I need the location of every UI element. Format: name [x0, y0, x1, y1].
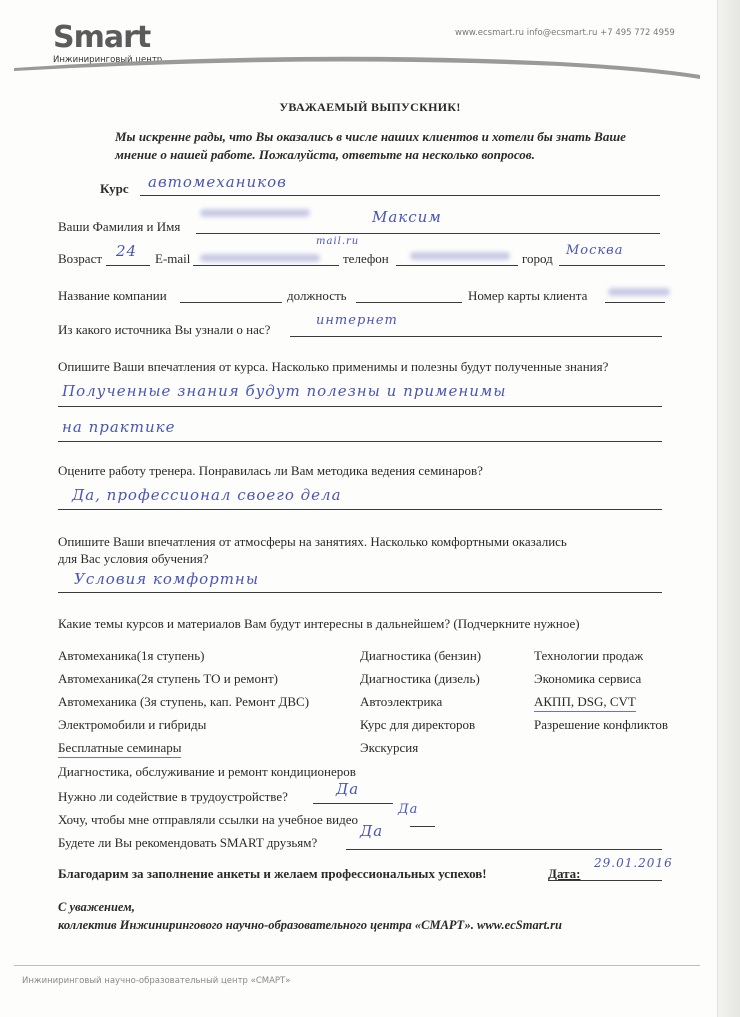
atmosphere-question-line-1: Опишите Ваши впечатления от атмосферы на… [58, 534, 567, 550]
topic-service-economics[interactable]: Экономика сервиса [534, 671, 641, 687]
phone-label: телефон [343, 251, 389, 267]
redacted-surname [200, 209, 310, 217]
topic-excursion[interactable]: Экскурсия [360, 740, 418, 756]
redacted-phone[interactable] [410, 252, 510, 260]
topic-directors-course[interactable]: Курс для директоров [360, 717, 475, 733]
atmosphere-answer[interactable]: Условия комфортны [74, 570, 259, 588]
topics-prompt: Какие темы курсов и материалов Вам будут… [58, 616, 580, 632]
course-impressions-line-2 [58, 441, 662, 442]
age-field[interactable]: 24 [116, 242, 137, 260]
name-line [196, 233, 660, 234]
company-field[interactable] [180, 302, 282, 303]
topic-transmissions-selected[interactable]: АКПП, DSG, CVT [534, 694, 636, 712]
city-line [559, 265, 665, 266]
employment-answer[interactable]: Да [336, 780, 359, 798]
email-label: E-mail [155, 251, 190, 267]
position-field[interactable] [356, 302, 462, 303]
email-field[interactable]: mail.ru [316, 236, 359, 247]
trainer-question: Оцените работу тренера. Понравилась ли В… [58, 463, 483, 479]
card-label: Номер карты клиента [468, 288, 587, 304]
topic-auto-3[interactable]: Автомеханика (3я ступень, кап. Ремонт ДВ… [58, 694, 309, 710]
topic-electric-hybrid[interactable]: Электромобили и гибриды [58, 717, 206, 733]
logo: Smart [53, 20, 150, 55]
topic-conflict-resolution[interactable]: Разрешение конфликтов [534, 717, 668, 733]
source-line [290, 336, 662, 337]
topic-air-conditioning[interactable]: Диагностика, обслуживание и ремонт конди… [58, 764, 356, 780]
date-line [548, 880, 662, 881]
company-label: Название компании [58, 288, 167, 304]
course-field[interactable]: автомехаников [148, 173, 287, 191]
employment-question: Нужно ли содействие в трудоустройстве? [58, 789, 288, 805]
intro-text: Мы искренне рады, что Вы оказались в чис… [115, 128, 655, 164]
topic-diag-petrol[interactable]: Диагностика (бензин) [360, 648, 481, 664]
closing-line-2: коллектив Инжинирингового научно-образов… [58, 916, 562, 934]
topic-auto-electric[interactable]: Автоэлектрика [360, 694, 442, 710]
age-label: Возраст [58, 251, 102, 267]
source-field[interactable]: интернет [316, 313, 398, 328]
city-field[interactable]: Москва [566, 243, 624, 258]
redacted-card[interactable] [608, 288, 670, 296]
thanks-text: Благодарим за заполнение анкеты и желаем… [58, 866, 487, 882]
email-line [193, 265, 339, 266]
recommend-answer[interactable]: Да [360, 822, 383, 840]
phone-line [396, 265, 518, 266]
course-impressions-question: Опишите Ваши впечатления от курса. Наско… [58, 359, 608, 375]
recommend-question: Будете ли Вы рекомендовать SMART друзьям… [58, 835, 317, 851]
course-impressions-line-1 [58, 406, 662, 407]
header-swoosh [0, 55, 740, 85]
topic-sales-tech[interactable]: Технологии продаж [534, 648, 643, 664]
topic-free-seminars-selected[interactable]: Бесплатные семинары [58, 740, 181, 758]
atmosphere-question-line-2: для Вас условия обучения? [58, 551, 208, 567]
course-label: Курс [100, 181, 129, 197]
closing: С уважением, коллектив Инжинирингового н… [58, 898, 562, 934]
topic-diag-diesel[interactable]: Диагностика (дизель) [360, 671, 480, 687]
course-line [140, 195, 660, 196]
form-title: УВАЖАЕМЫЙ ВЫПУСКНИК! [0, 100, 740, 115]
video-links-line [410, 826, 435, 827]
source-label: Из какого источника Вы узнали о нас? [58, 322, 270, 338]
footer-text: Инжиниринговый научно-образовательный це… [22, 976, 290, 986]
closing-line-1: С уважением, [58, 898, 562, 916]
name-field[interactable]: Максим [372, 208, 442, 226]
city-label: город [522, 251, 553, 267]
video-links-question: Хочу, чтобы мне отправляли ссылки на уче… [58, 812, 358, 828]
trainer-answer[interactable]: Да, профессионал своего дела [72, 486, 342, 504]
card-line [605, 302, 665, 303]
age-line [106, 265, 150, 266]
redacted-email [200, 254, 320, 262]
page-edge-shadow [717, 0, 740, 1017]
trainer-line [58, 509, 662, 510]
atmosphere-line [58, 592, 662, 593]
employment-line [313, 803, 393, 804]
recommend-line [346, 849, 662, 850]
video-links-answer[interactable]: Да [398, 802, 418, 817]
contacts: www.ecsmart.ru info@ecsmart.ru +7 495 77… [455, 28, 675, 38]
footer-divider [14, 965, 700, 966]
topic-auto-1[interactable]: Автомеханика(1я ступень) [58, 648, 204, 664]
topic-auto-2[interactable]: Автомеханика(2я ступень ТО и ремонт) [58, 671, 278, 687]
position-label: должность [287, 288, 347, 304]
date-field[interactable]: 29.01.2016 [594, 856, 673, 870]
course-impressions-answer-2[interactable]: на практике [62, 418, 175, 436]
course-impressions-answer-1[interactable]: Полученные знания будут полезны и примен… [62, 382, 507, 400]
name-label: Ваши Фамилия и Имя [58, 219, 180, 235]
